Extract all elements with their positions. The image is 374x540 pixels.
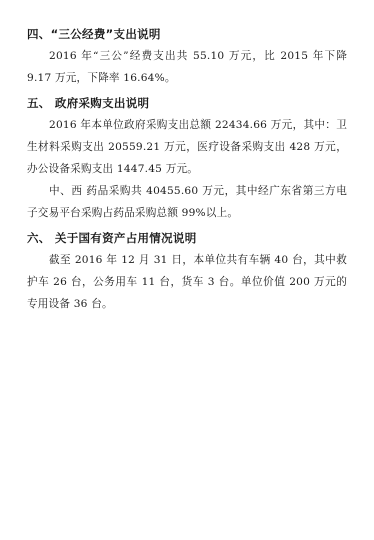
section-heading-procurement: 五、 政府采购支出说明 [27, 95, 347, 111]
paragraph-procurement-total: 2016 年本单位政府采购支出总额 22434.66 万元，其中：卫生材料采购支… [27, 114, 347, 180]
document-page: 四、“三公经费”支出说明 2016 年“三公”经费支出共 55.10 万元，比 … [27, 24, 347, 315]
paragraph-drug-procurement: 中、西 药品采购共 40455.60 万元，其中经广东省第三方电子交易平台采购占… [27, 180, 347, 224]
paragraph-state-assets: 截至 2016 年 12 月 31 日，本单位共有车辆 40 台，其中救护车 2… [27, 249, 347, 315]
paragraph-sangong-expenditure: 2016 年“三公”经费支出共 55.10 万元，比 2015 年下降 9.17… [27, 45, 347, 89]
section-heading-state-assets: 六、 关于国有资产占用情况说明 [27, 230, 347, 246]
section-heading-sangong: 四、“三公经费”支出说明 [27, 26, 347, 42]
